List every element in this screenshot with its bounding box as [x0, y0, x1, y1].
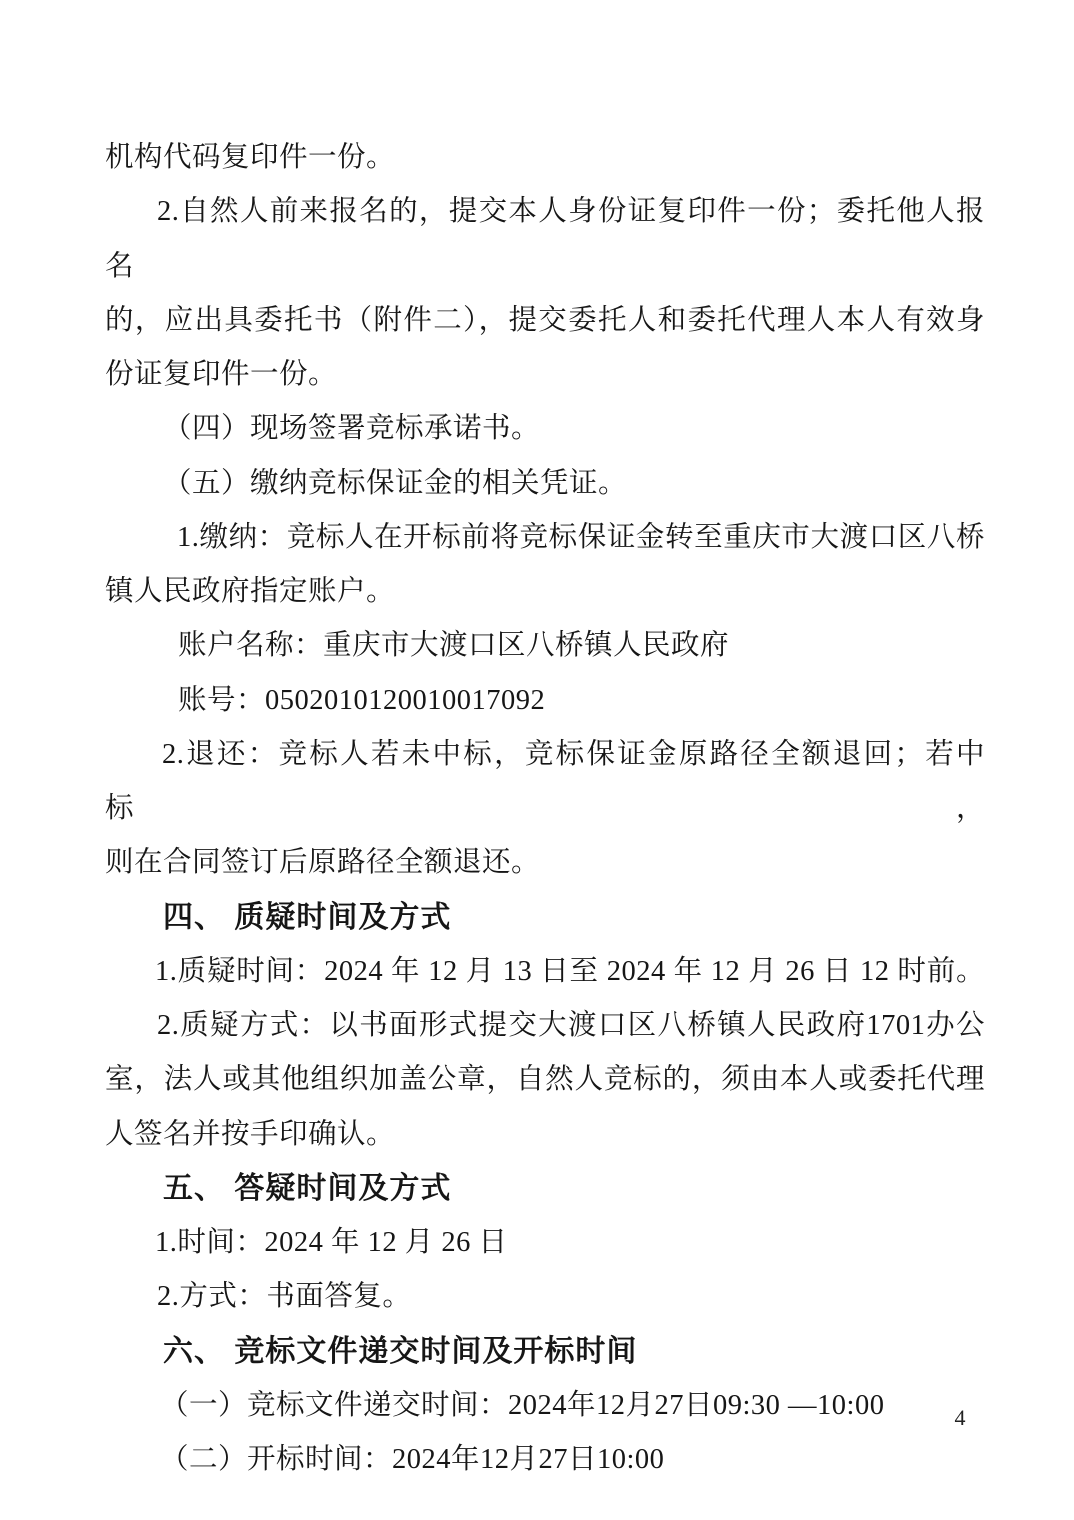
text-line-query-method-2: 室，法人或其他组织加盖公章，自然人竞标的，须由本人或委托代理 — [105, 1053, 985, 1107]
section-heading-4-query: 四、 质疑时间及方式 — [105, 891, 985, 945]
text-line-query-time: 1.质疑时间：2024 年 12 月 13 日至 2024 年 12 月 26 … — [105, 945, 985, 999]
text-line-query-method-3: 人签名并按手印确认。 — [105, 1108, 985, 1162]
text-line-reply-time: 1.时间：2024 年 12 月 26 日 — [105, 1216, 985, 1270]
section-heading-5-reply: 五、 答疑时间及方式 — [105, 1162, 985, 1216]
section-heading-6-submission: 六、 竞标文件递交时间及开标时间 — [105, 1325, 985, 1379]
text-line-deposit-pay-1: 1.缴纳：竞标人在开标前将竞标保证金转至重庆市大渡口区八桥 — [105, 511, 985, 565]
text-line-natural-person-2: 的，应出具委托书（附件二），提交委托人和委托代理人本人有效身 — [105, 294, 985, 348]
document-body: 机构代码复印件一份。 2.自然人前来报名的，提交本人身份证复印件一份；委托他人报… — [105, 131, 985, 1487]
text-line-opening-time: （二）开标时间：2024年12月27日10:00 — [105, 1433, 985, 1487]
text-line-natural-person-3: 份证复印件一份。 — [105, 348, 985, 402]
document-page: 机构代码复印件一份。 2.自然人前来报名的，提交本人身份证复印件一份；委托他人报… — [0, 0, 1074, 1520]
text-line-org-code-copy: 机构代码复印件一份。 — [105, 131, 985, 185]
text-line-item-4-commitment: （四）现场签署竞标承诺书。 — [105, 402, 985, 456]
text-line-query-method-1: 2.质疑方式：以书面形式提交大渡口区八桥镇人民政府1701办公 — [105, 999, 985, 1053]
page-number: 4 — [930, 1405, 990, 1431]
text-line-deposit-refund-2: 则在合同签订后原路径全额退还。 — [105, 836, 985, 890]
text-line-deposit-refund-1: 2.退还：竞标人若未中标，竞标保证金原路径全额退回；若中标， — [105, 728, 985, 837]
text-line-submission-time: （一）竞标文件递交时间：2024年12月27日09:30 —10:00 — [105, 1379, 985, 1433]
text-line-account-name: 账户名称：重庆市大渡口区八桥镇人民政府 — [105, 619, 985, 673]
text-line-item-5-deposit: （五）缴纳竞标保证金的相关凭证。 — [105, 457, 985, 511]
text-line-reply-method: 2.方式：书面答复。 — [105, 1270, 985, 1324]
text-line-account-number: 账号：0502010120010017092 — [105, 674, 985, 728]
text-line-deposit-pay-2: 镇人民政府指定账户。 — [105, 565, 985, 619]
text-line-natural-person-1: 2.自然人前来报名的，提交本人身份证复印件一份；委托他人报名 — [105, 185, 985, 294]
